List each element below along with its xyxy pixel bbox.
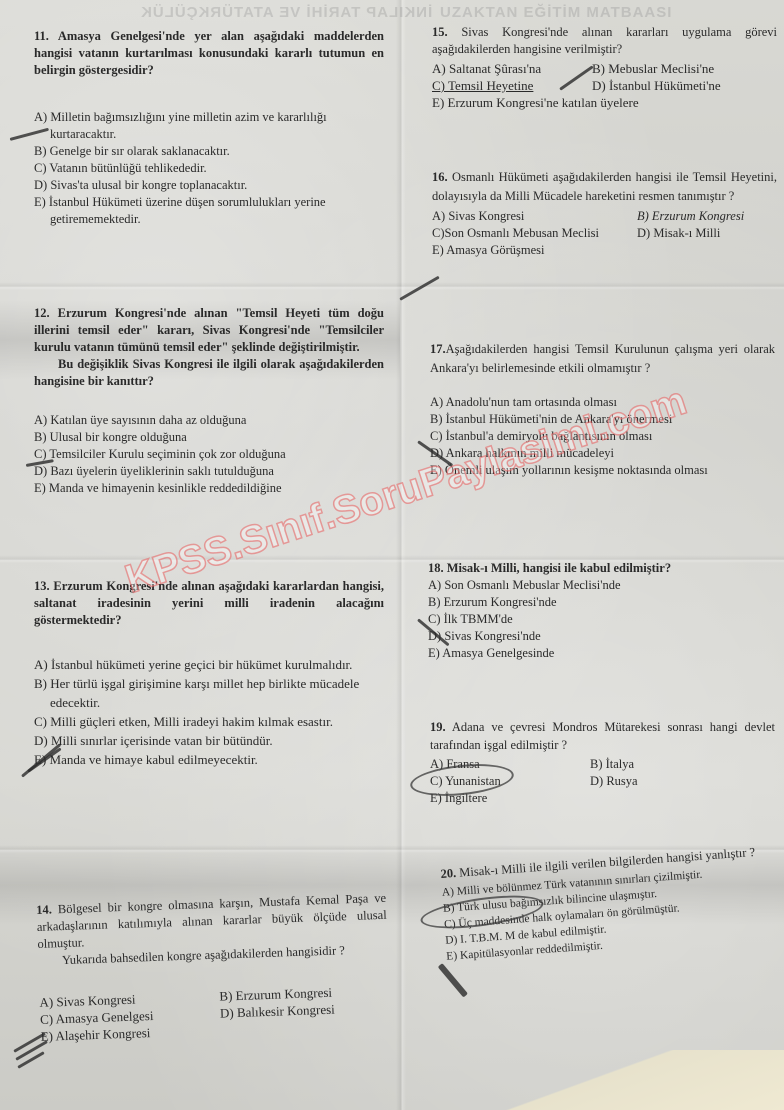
option-e[interactable]: E) Önemli ulaşım yollarının kesişme nokt… [430, 462, 775, 479]
option-b[interactable]: B) Genelge bir sır olarak saklanacaktır. [34, 143, 384, 160]
option-e[interactable]: E) Amasya Genelgesinde [428, 645, 773, 662]
option-e[interactable]: E) İstanbul Hükümeti üzerine düşen sorum… [34, 194, 384, 228]
option-d[interactable]: D) Sivas Kongresi'nde [428, 628, 773, 645]
option-c[interactable]: C) Temsil Heyetine [432, 77, 582, 94]
option-d[interactable]: D) Bazı üyelerin üyeliklerinin saklı tut… [34, 463, 384, 480]
option-b[interactable]: B) Mebuslar Meclisi'ne [592, 60, 777, 77]
question-14: 14. Bölgesel bir kongre olmasına karşın,… [36, 890, 391, 1045]
option-b[interactable]: B) Erzurum Kongresi [637, 208, 777, 225]
question-12: 12. Erzurum Kongresi'nde alınan "Temsil … [34, 305, 384, 497]
question-number: 12. [34, 306, 50, 320]
question-number: 18. [428, 561, 444, 575]
option-b[interactable]: B) Her türlü işgal girişimine karşı mill… [34, 674, 384, 712]
option-a[interactable]: A) Sivas Kongresi [432, 208, 627, 225]
question-stem: Osmanlı Hükümeti aşağıdakilerden hangisi… [432, 170, 777, 203]
question-13: 13. Erzurum Kongresi'nde alınan aşağıdak… [34, 578, 384, 769]
header-faint-right: UZAKTAN EĞİTİM MATBAASI [440, 4, 672, 21]
question-stem: Aşağıdakilerden hangisi Temsil Kurulunun… [430, 342, 775, 375]
option-b[interactable]: B) İstanbul Hükümeti'nin de Ankara'yı ön… [430, 411, 775, 428]
header-faint-left: İNKILAP TARİHİ VE ATATÜRKÇÜLÜK [140, 4, 432, 21]
option-a[interactable]: A) Fransa [430, 756, 580, 773]
option-b[interactable]: B) Ulusal bir kongre olduğuna [34, 429, 384, 446]
option-c[interactable]: C) Yunanistan [430, 773, 580, 790]
option-c[interactable]: C) İlk TBMM'de [428, 611, 773, 628]
question-subprompt: Bu değişiklik Sivas Kongresi ile ilgili … [34, 356, 384, 390]
question-stem: Erzurum Kongresi'nde alınan "Temsil Heye… [34, 306, 384, 354]
option-e[interactable]: E) İngiltere [430, 790, 775, 807]
question-number: 11. [34, 29, 49, 43]
option-d[interactable]: D) İstanbul Hükümeti'ne [592, 77, 777, 94]
question-19: 19. Adana ve çevresi Mondros Mütarekesi … [430, 718, 775, 807]
question-stem: Adana ve çevresi Mondros Mütarekesi sonr… [430, 720, 775, 752]
option-a[interactable]: A) Anadolu'nun tam ortasında olması [430, 394, 775, 411]
option-d[interactable]: D) Ankara halkının milli mücadeleyi [430, 445, 775, 462]
question-number: 20. [440, 866, 457, 881]
question-number: 19. [430, 720, 446, 734]
option-a[interactable]: A) Son Osmanlı Mebuslar Meclisi'nde [428, 577, 773, 594]
pen-mark-icon [438, 963, 468, 997]
option-a[interactable]: A) Katılan üye sayısının daha az olduğun… [34, 412, 384, 429]
option-d[interactable]: D) Sivas'ta ulusal bir kongre toplanacak… [34, 177, 384, 194]
option-d[interactable]: D) Rusya [590, 773, 775, 790]
table-surface [484, 1050, 784, 1110]
option-c[interactable]: C) Milli güçleri etken, Milli iradeyi ha… [34, 712, 384, 731]
question-stem: Amasya Genelgesi'nde yer alan aşağıdaki … [34, 29, 384, 77]
question-15: 15. Sivas Kongresi'nde alınan kararları … [432, 24, 777, 111]
question-stem: Sivas Kongresi'nde alınan kararları uygu… [432, 25, 777, 56]
question-number: 14. [36, 902, 52, 917]
option-e[interactable]: E) Manda ve himaye kabul edilmeyecektir. [34, 750, 384, 769]
option-d[interactable]: D) Misak-ı Milli [637, 225, 777, 242]
question-number: 16. [432, 170, 448, 184]
option-e[interactable]: E) Manda ve himayenin kesinlikle reddedi… [34, 480, 384, 497]
exam-paper: İNKILAP TARİHİ VE ATATÜRKÇÜLÜK UZAKTAN E… [0, 0, 784, 1110]
option-b[interactable]: B) İtalya [590, 756, 775, 773]
question-number: 17. [430, 342, 446, 356]
question-11: 11. Amasya Genelgesi'nde yer alan aşağıd… [34, 28, 384, 228]
option-e[interactable]: E) Erzurum Kongresi'ne katılan üyelere [432, 94, 777, 111]
option-a[interactable]: A) Saltanat Şûrası'na [432, 60, 582, 77]
question-stem: Misak-ı Milli, hangisi ile kabul edilmiş… [447, 561, 671, 575]
question-stem: Erzurum Kongresi'nde alınan aşağıdaki ka… [34, 579, 384, 627]
option-a[interactable]: A) İstanbul hükümeti yerine geçici bir h… [34, 655, 384, 674]
option-d[interactable]: D) Milli sınırlar içerisinde vatan bir b… [34, 731, 384, 750]
question-18: 18. Misak-ı Milli, hangisi ile kabul edi… [428, 560, 773, 662]
option-a[interactable]: A) Milletin bağımsızlığını yine milletin… [34, 109, 384, 143]
paper-fold [0, 282, 784, 290]
option-b[interactable]: B) Erzurum Kongresi'nde [428, 594, 773, 611]
option-c[interactable]: C) Vatanın bütünlüğü tehlikededir. [34, 160, 384, 177]
option-c[interactable]: C) Temsilciler Kurulu seçiminin çok zor … [34, 446, 384, 463]
question-number: 15. [432, 25, 448, 39]
option-c[interactable]: C) İstanbul'a demiryolu bağlantısının ol… [430, 428, 775, 445]
question-number: 13. [34, 579, 50, 593]
option-c[interactable]: C)Son Osmanlı Mebusan Meclisi [432, 225, 627, 242]
question-17: 17.Aşağıdakilerden hangisi Temsil Kurulu… [430, 340, 775, 479]
option-e[interactable]: E) Amasya Görüşmesi [432, 242, 777, 259]
question-16: 16. Osmanlı Hükümeti aşağıdakilerden han… [432, 168, 777, 259]
